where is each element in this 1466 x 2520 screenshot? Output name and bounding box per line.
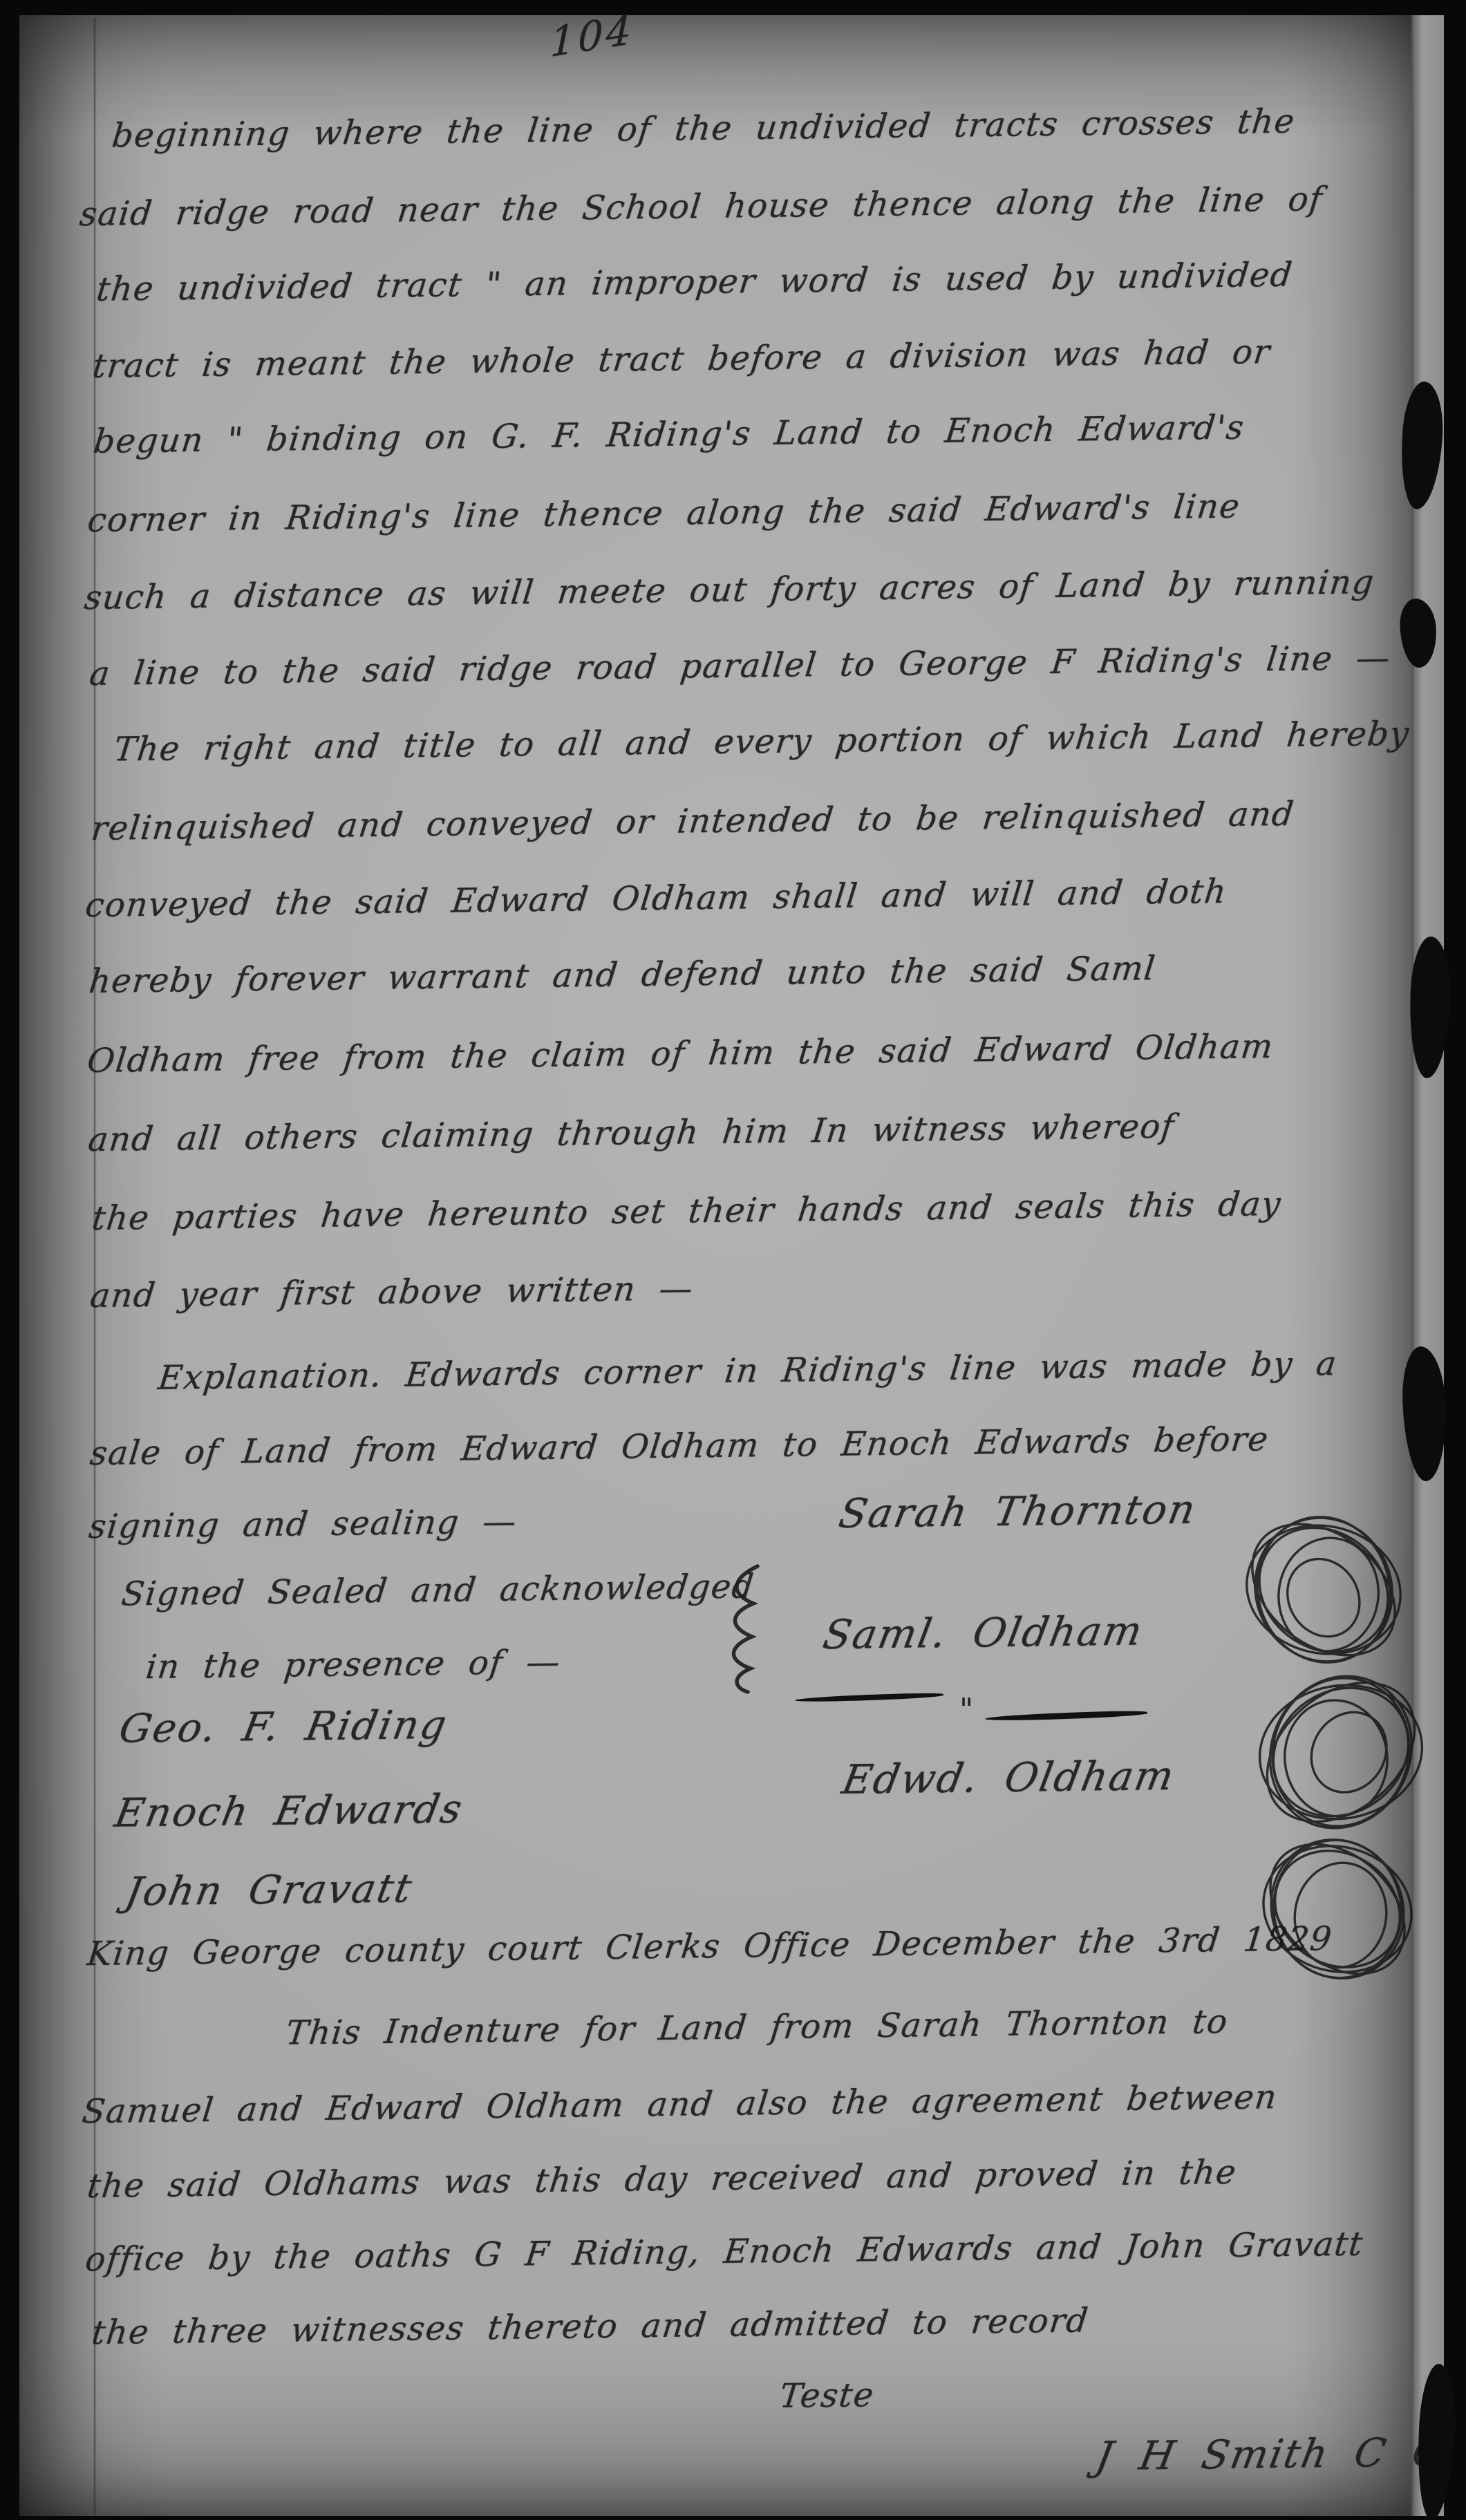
document-line: Explanation. Edwards corner in Riding's … (156, 1345, 1340, 1398)
document-line: the three witnesses thereto and admitted… (90, 2302, 1091, 2352)
scanned-document: 104 beginning where the line of the undi… (0, 0, 1466, 2520)
document-line: office by the oaths G F Riding, Enoch Ed… (84, 2226, 1366, 2279)
document-line: and year first above written — (88, 1270, 696, 1315)
signature: Sarah Thornton (836, 1486, 1201, 1536)
document-line: the parties have hereunto set their hand… (90, 1185, 1283, 1238)
document-line: Samuel and Edward Oldham and also the ag… (80, 2078, 1279, 2131)
document-line: J H Smith C C (1092, 2430, 1449, 2480)
wax-seal-scribble (1227, 1496, 1420, 1684)
document-line: signing and sealing — (87, 1503, 519, 1546)
document-line: Enoch Edwards (111, 1787, 467, 1836)
document-line: tract is meant the whole tract before a … (91, 333, 1272, 386)
document-line: in the presence of — (144, 1644, 563, 1687)
document-line: such a distance as will meete out forty … (82, 563, 1376, 617)
document-line: the said Oldhams was this day received a… (85, 2154, 1239, 2206)
document-line: conveyed the said Edward Oldham shall an… (84, 873, 1229, 925)
wax-seal-scribble (1245, 1816, 1430, 2002)
document-line: Geo. F. Riding (115, 1703, 451, 1752)
handwritten-text-layer: beginning where the line of the undivide… (0, 0, 1466, 2520)
document-line: Teste (778, 2376, 876, 2416)
document-line: hereby forever warrant and defend unto t… (87, 950, 1158, 1001)
document-line: relinquished and conveyed or intended to… (89, 796, 1296, 849)
document-line: said ridge road near the School house th… (77, 180, 1324, 234)
wax-seal-scribble (1240, 1652, 1442, 1852)
document-line: This Indenture for Land from Sarah Thorn… (284, 2003, 1230, 2053)
signature: Saml. Oldham (820, 1608, 1147, 1657)
document-line: begun " binding on G. F. Riding's Land t… (91, 408, 1246, 461)
brace-squiggle-icon (717, 1563, 773, 1695)
document-line: corner in Riding's line thence along the… (86, 488, 1242, 540)
document-line: a line to the said ridge road parallel t… (88, 639, 1393, 693)
document-line: John Gravatt (122, 1866, 416, 1915)
document-line: the undivided tract " an improper word i… (95, 256, 1295, 309)
document-line: The right and title to all and every por… (112, 715, 1411, 769)
document-line: sale of Land from Edward Oldham to Enoch… (88, 1420, 1270, 1473)
document-line: beginning where the line of the undivide… (110, 103, 1297, 156)
document-line: King George county court Clerks Office D… (85, 1920, 1334, 1973)
signature: Edwd. Oldham (838, 1753, 1178, 1803)
ditto-mark: " (959, 1692, 973, 1727)
seal-scribbles (1223, 1486, 1445, 2018)
document-line: Oldham free from the claim of him the sa… (85, 1028, 1275, 1080)
document-line: and all others claiming through him In w… (86, 1108, 1176, 1159)
document-line: Signed Sealed and acknowledged (120, 1568, 756, 1613)
